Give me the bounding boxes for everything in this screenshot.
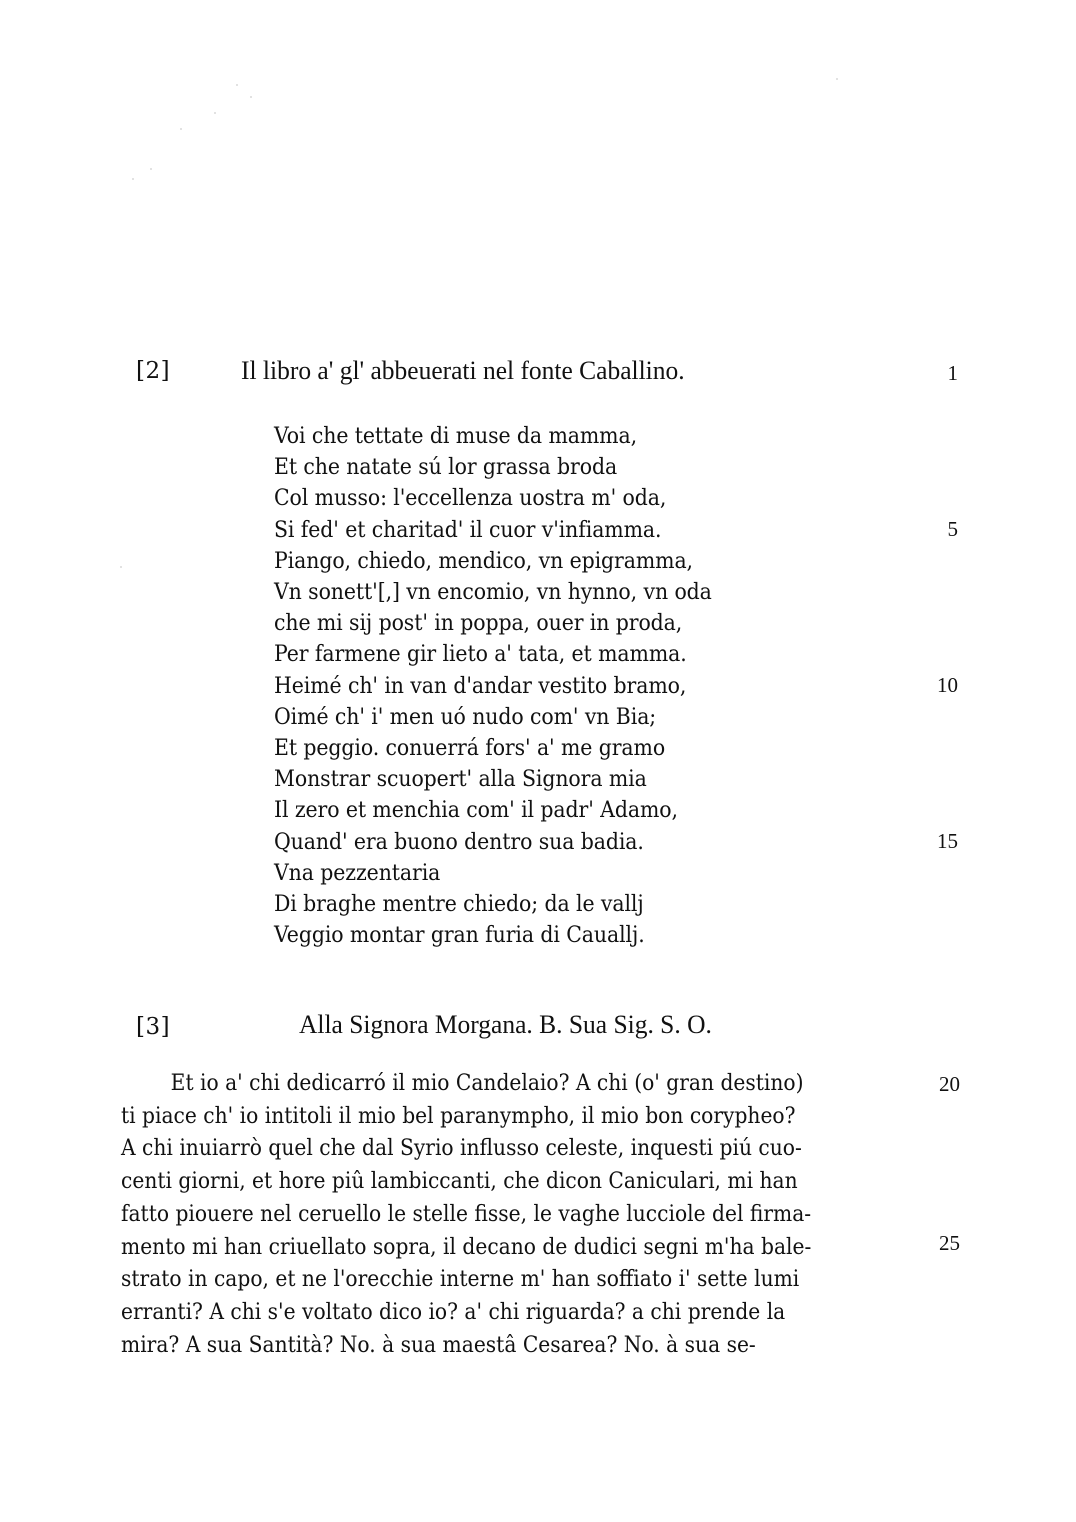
prose-line-text: strato in capo, et ne l'orecchie interne… [121, 1264, 799, 1297]
prose-line-text: centi giorni, et hore piû lambiccanti, c… [121, 1166, 798, 1199]
scan-artifact [250, 96, 252, 98]
section-title: Il libro a' gl' abbeuerati nel fonte Cab… [241, 354, 685, 388]
scan-artifact [120, 566, 122, 568]
prose-line: mento mi han criuellato sopra, il decano… [121, 1232, 922, 1265]
verse-line: Quand' era buono dentro sua badia. [274, 827, 712, 858]
prose-line-text: Et io a' chi dedicarró il mio Candelaio?… [171, 1068, 804, 1101]
verse-line: Piango, chiedo, mendico, vn epigramma, [274, 546, 712, 577]
verse-line: Vn sonett'[,] vn encomio, vn hynno, vn o… [274, 577, 712, 608]
prose-line-text: mento mi han criuellato sopra, il decano… [121, 1232, 811, 1265]
prose-line: ti piace ch' io intitoli il mio bel para… [121, 1101, 922, 1134]
section-title: Alla Signora Morgana. B. Sua Sig. S. O. [299, 1008, 712, 1042]
prose-line-text: mira? A sua Santità? No. à sua maestâ Ce… [121, 1330, 756, 1363]
verse-line: Per farmene gir lieto a' tata, et mamma. [274, 639, 712, 670]
prose-line-text: erranti? A chi s'e voltato dico io? a' c… [121, 1297, 785, 1330]
prose-line-text: fatto piouere nel ceruello le stelle fis… [121, 1199, 811, 1232]
prose-line: erranti? A chi s'e voltato dico io? a' c… [121, 1297, 922, 1330]
verse-line: Si fed' et charitad' il cuor v'infiamma. [274, 515, 712, 546]
prose-line: centi giorni, et hore piû lambiccanti, c… [121, 1166, 922, 1199]
verse-line: Et peggio. conuerrá fors' a' me gramo [274, 733, 712, 764]
line-number: 25 [900, 1228, 960, 1258]
verse-line: Di braghe mentre chiedo; da le vallj [274, 889, 712, 920]
scan-artifact [214, 112, 216, 114]
prose-line: fatto piouere nel ceruello le stelle fis… [121, 1199, 922, 1232]
prose-line: A chi inuiarrò quel che dal Syrio influs… [121, 1133, 922, 1166]
prose-line-text: A chi inuiarrò quel che dal Syrio influs… [121, 1133, 802, 1166]
line-number: 5 [898, 514, 958, 544]
prose-line: mira? A sua Santità? No. à sua maestâ Ce… [121, 1330, 922, 1363]
scan-artifact [836, 78, 838, 80]
prose-line-text: ti piace ch' io intitoli il mio bel para… [121, 1101, 795, 1134]
verse-line: Veggio montar gran furia di Cauallj. [274, 920, 712, 951]
verse-line: Il zero et menchia com' il padr' Adamo, [274, 795, 712, 826]
scan-artifact [150, 168, 152, 170]
section-number: [3] [136, 1012, 170, 1042]
verse-line: Voi che tettate di muse da mamma, [274, 421, 712, 452]
poem-verses: Voi che tettate di muse da mamma, Et che… [274, 421, 745, 951]
scan-artifact [236, 84, 238, 86]
section-number: [2] [136, 356, 170, 386]
scan-artifact [180, 128, 182, 130]
verse-line: Oimé ch' i' men uó nudo com' vn Bia; [274, 702, 712, 733]
prose-paragraph: Et io a' chi dedicarró il mio Candelaio?… [121, 1068, 923, 1362]
line-number: 1 [898, 358, 958, 388]
line-number: 20 [900, 1069, 960, 1099]
line-number: 15 [898, 826, 958, 856]
verse-line: che mi sij post' in poppa, ouer in proda… [274, 608, 712, 639]
verse-line: Et che natate sú lor grassa broda [274, 452, 712, 483]
line-number: 10 [898, 670, 958, 700]
verse-line: Monstrar scuopert' alla Signora mia [274, 764, 712, 795]
prose-line: Et io a' chi dedicarró il mio Candelaio?… [121, 1068, 922, 1101]
verse-line: Heimé ch' in van d'andar vestito bramo, [274, 671, 712, 702]
document-page: [2] Il libro a' gl' abbeuerati nel fonte… [0, 0, 1076, 1522]
verse-line: Vna pezzentaria [274, 858, 712, 889]
scan-artifact [132, 178, 134, 180]
verse-line: Col musso: l'eccellenza uostra m' oda, [274, 483, 712, 514]
prose-line: strato in capo, et ne l'orecchie interne… [121, 1264, 922, 1297]
